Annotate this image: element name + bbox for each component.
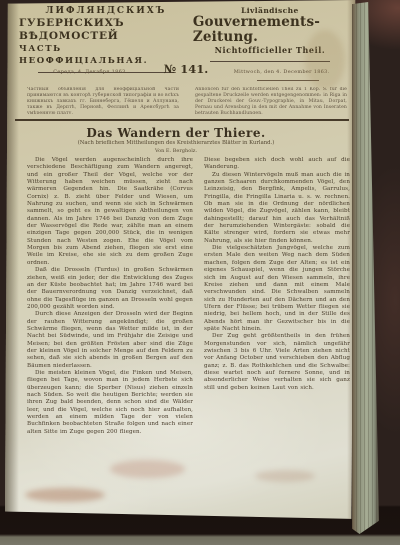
subscription-notices: Частныя объявленія для неоффиціальной ча… <box>27 87 347 114</box>
paper-stain <box>110 460 185 478</box>
binding-gutter-shadow <box>5 0 19 522</box>
article-paragraph: Daß die Drosseln (Turdus) in großen Schw… <box>27 267 193 311</box>
notice-german: Annoncen für den nichtofficiellen Theil … <box>195 87 347 114</box>
issue-number: № 141. <box>152 62 221 76</box>
article-columns: Die Vögel werden augenscheinlich durch i… <box>27 157 350 457</box>
article-column-left: Die Vögel werden augenscheinlich durch i… <box>27 157 193 457</box>
masthead-german-line3: Nichtofficieller Theil. <box>215 45 326 56</box>
article-paragraph: Zu diesen Wintervögeln muß man auch die … <box>204 172 350 245</box>
dateline-russian-date: Середа, 4. Декабря 1863. <box>29 69 152 75</box>
article-paragraph: Der Zug geht größtentheils in den frühen… <box>204 333 350 392</box>
article-paragraph: Diese begeben sich doch wohl auch auf di… <box>204 157 350 172</box>
newspaper-page: ЛИФЛЯНДСКИХЪ ГУБЕРНСКИХЪ ВѢДОМОСТЕЙ ЧАСТ… <box>5 0 357 522</box>
masthead-russian-line2: ГУБЕРНСКИХЪ ВѢДОМОСТЕЙ <box>19 17 193 43</box>
article-column-right: Diese begeben sich doch wohl auch auf di… <box>204 157 350 457</box>
article-paragraph: Durch diese Anzeigen der Drosseln wird d… <box>27 311 193 370</box>
paper-stain <box>255 470 315 482</box>
section-separator-rule <box>15 119 349 121</box>
masthead-german-line2: Gouvernements-Zeitung. <box>193 15 347 45</box>
photo-of-newspaper: { "colors": { "paper": "#d4cfb4", "backg… <box>0 0 400 545</box>
article-paragraph: Die vielgeschätzten Jungvögel, welche zu… <box>204 245 350 333</box>
masthead-russian-line1: ЛИФЛЯНДСКИХЪ <box>45 6 166 17</box>
article-paragraph: Die meisten kleinen Vögel, die Finken un… <box>27 370 193 436</box>
article-subtitle: (Nach brieflichen Mittheilungen des Krei… <box>5 140 347 146</box>
article-paragraph: Die Vögel werden augenscheinlich durch i… <box>27 157 193 267</box>
dateline: Середа, 4. Декабря 1863. № 141. Mittwoch… <box>29 62 343 76</box>
paper-stain <box>25 488 105 502</box>
article-title: Das Wandern der Thiere. <box>5 126 347 140</box>
dateline-rule <box>257 80 319 81</box>
notice-russian: Частныя объявленія для неоффиціальной ча… <box>27 87 179 114</box>
dateline-german-date: Mittwoch, den 4. December 1863. <box>220 69 343 75</box>
book-page-stack-edge <box>352 2 379 534</box>
article-byline: Von E. Bergholz. <box>5 148 347 154</box>
